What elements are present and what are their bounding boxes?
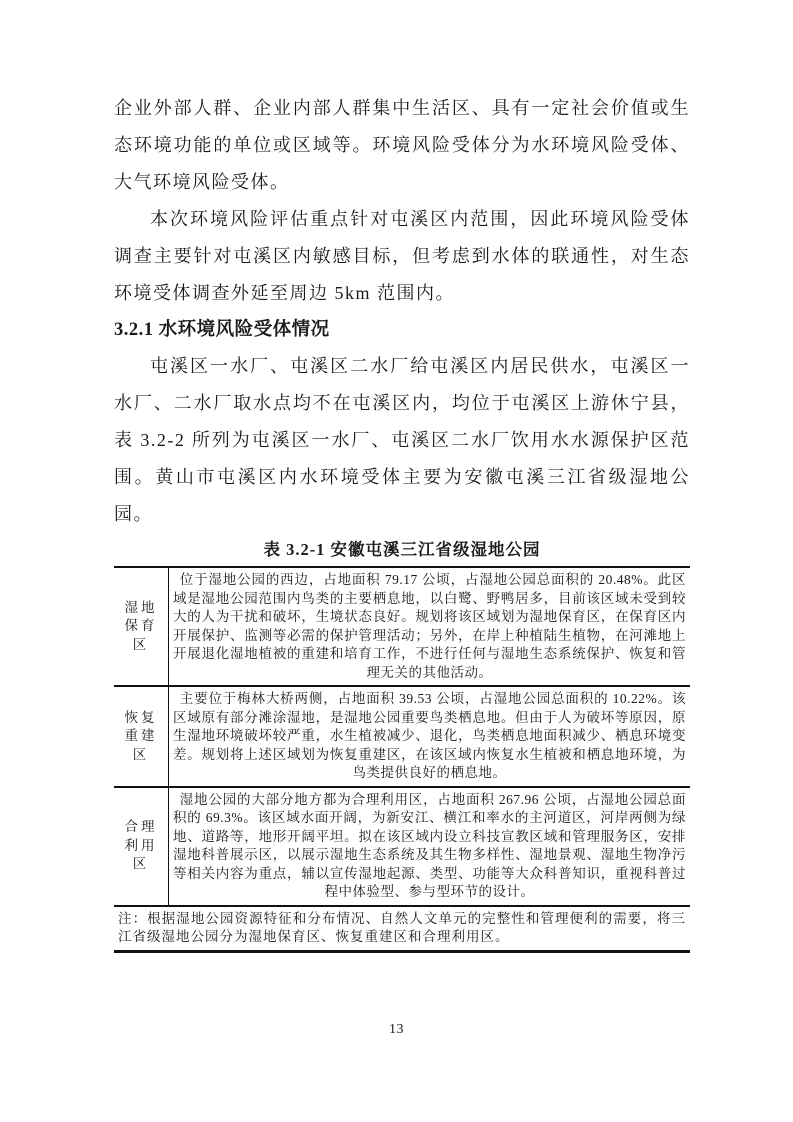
table-row-conservation: 湿地保育区 位于湿地公园的西边，占地面积 79.17 公顷，占湿地公园总面积的 … bbox=[114, 567, 690, 686]
table-row-rational-use: 合理利用区 湿地公园的大部分地方都为合理利用区，占地面积 267.96 公顷，占… bbox=[114, 787, 690, 906]
document-page: 企业外部人群、企业内部人群集中生活区、具有一定社会价值或生态环境功能的单位或区域… bbox=[0, 0, 793, 1122]
table-note-row: 注：根据湿地公园资源特征和分布情况、自然人文单元的完整性和管理便利的需要，将三江… bbox=[114, 906, 690, 952]
page-content: 企业外部人群、企业内部人群集中生活区、具有一定社会价值或生态环境功能的单位或区域… bbox=[114, 90, 690, 953]
wetland-park-table: 湿地保育区 位于湿地公园的西边，占地面积 79.17 公顷，占湿地公园总面积的 … bbox=[114, 566, 690, 953]
table-note: 注：根据湿地公园资源特征和分布情况、自然人文单元的完整性和管理便利的需要，将三江… bbox=[114, 906, 690, 952]
row-label-rational-use: 合理利用区 bbox=[114, 787, 169, 906]
row-content-restoration: 主要位于梅林大桥两侧，占地面积 39.53 公顷，占湿地公园总面积的 10.22… bbox=[169, 686, 691, 787]
table-caption: 表 3.2-1 安徽屯溪三江省级湿地公园 bbox=[114, 538, 690, 562]
page-number: 13 bbox=[0, 1022, 793, 1038]
section-heading-3-2-1: 3.2.1 水环境风险受体情况 bbox=[114, 312, 690, 348]
row-content-conservation: 位于湿地公园的西边，占地面积 79.17 公顷，占湿地公园总面积的 20.48%… bbox=[169, 567, 691, 686]
row-content-rational-use: 湿地公园的大部分地方都为合理利用区，占地面积 267.96 公顷，占湿地公园总面… bbox=[169, 787, 691, 906]
paragraph-assessment-scope: 本次环境风险评估重点针对屯溪区内范围，因此环境风险受体调查主要针对屯溪区内敏感目… bbox=[114, 201, 690, 312]
table-row-restoration: 恢复重建区 主要位于梅林大桥两侧，占地面积 39.53 公顷，占湿地公园总面积的… bbox=[114, 686, 690, 787]
paragraph-risk-receptor-definition: 企业外部人群、企业内部人群集中生活区、具有一定社会价值或生态环境功能的单位或区域… bbox=[114, 90, 690, 201]
row-label-conservation: 湿地保育区 bbox=[114, 567, 169, 686]
row-label-restoration: 恢复重建区 bbox=[114, 686, 169, 787]
paragraph-water-plants: 屯溪区一水厂、屯溪区二水厂给屯溪区内居民供水，屯溪区一水厂、二水厂取水点均不在屯… bbox=[114, 348, 690, 533]
